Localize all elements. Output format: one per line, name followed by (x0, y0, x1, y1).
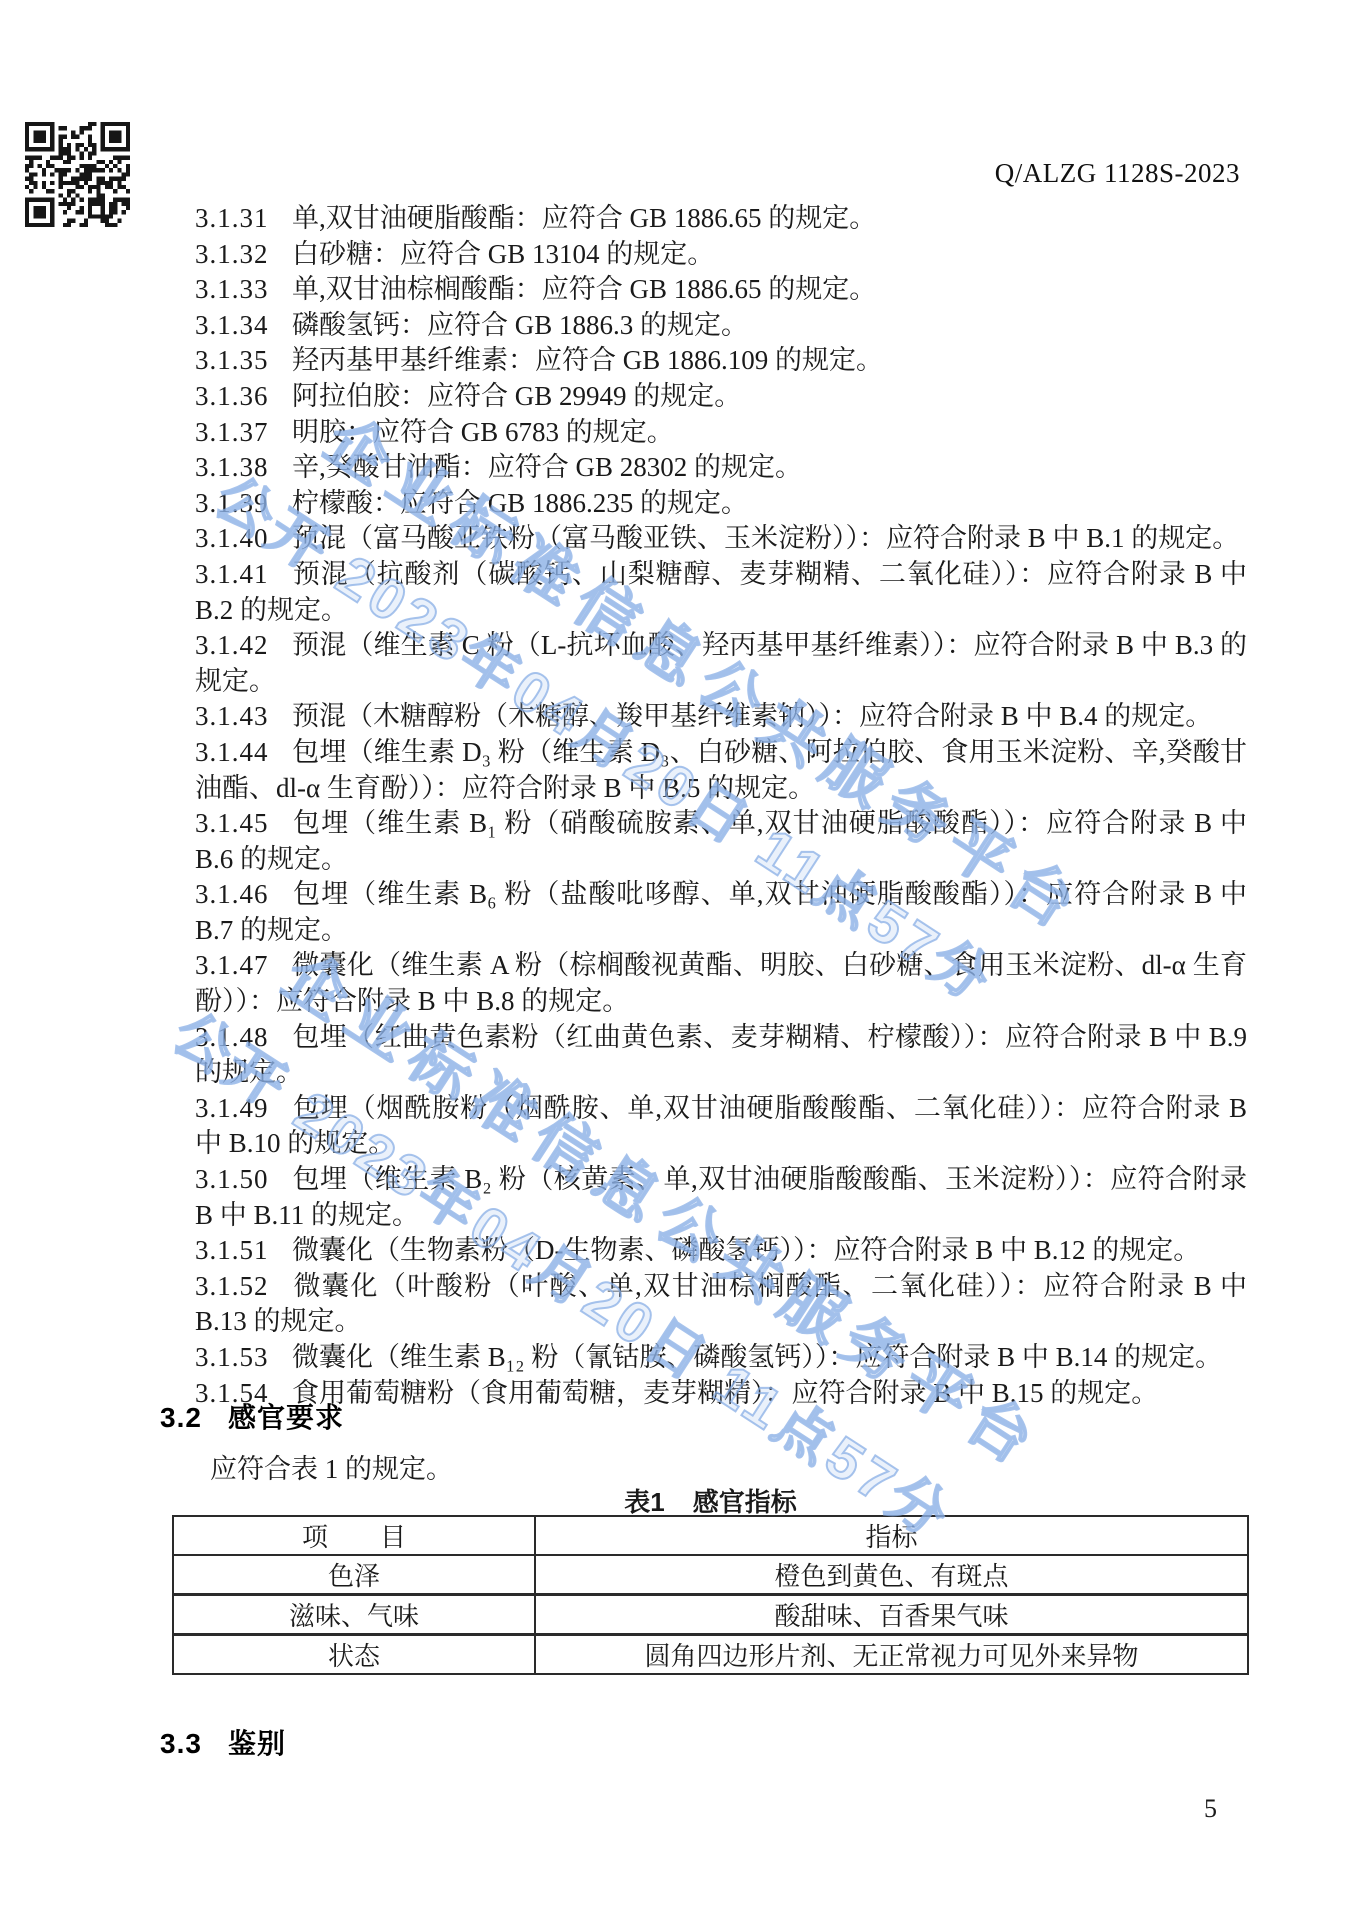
clause-line: 3.1.39柠檬酸：应符合 GB 1886.235 的规定。 (195, 486, 1247, 522)
clause-number: 3.1.43 (195, 699, 292, 735)
table-cell-item: 状态 (173, 1635, 535, 1675)
clause-line: 3.1.40预混（富马酸亚铁粉（富马酸亚铁、玉米淀粉））：应符合附录 B 中 B… (195, 521, 1247, 557)
clause-line: 3.1.49包埋（烟酰胺粉（烟酰胺、单,双甘油硬脂酸酸酯、二氧化硅））：应符合附… (195, 1091, 1247, 1162)
clause-text: 微囊化（维生素 B₁₂ 粉（氰钴胺、磷酸氢钙））：应符合附录 B 中 B.14 … (292, 1342, 1222, 1372)
clause-line: 3.1.35羟丙基甲基纤维素：应符合 GB 1886.109 的规定。 (195, 343, 1247, 379)
clause-number: 3.1.36 (195, 379, 292, 415)
clause-number: 3.1.33 (195, 272, 292, 308)
clause-text: 单,双甘油棕榈酸酯：应符合 GB 1886.65 的规定。 (292, 274, 876, 304)
clause-text: 明胶：应符合 GB 6783 的规定。 (292, 417, 674, 447)
table-header-indicator: 指标 (535, 1516, 1248, 1555)
clause-text: 预混（抗酸剂（碳酸钙、山梨糖醇、麦芽糊精、二氧化硅））：应符合附录 B 中 B.… (195, 559, 1247, 625)
table-cell-indicator: 酸甜味、百香果气味 (535, 1595, 1248, 1635)
clause-line: 3.1.46包埋（维生素 B₆ 粉（盐酸吡哆醇、单,双甘油硬脂酸酸酯））：应符合… (195, 877, 1247, 948)
clause-line: 3.1.52微囊化（叶酸粉（叶酸、单,双甘油棕榈酸酯、二氧化硅））：应符合附录 … (195, 1269, 1247, 1340)
clause-text: 包埋（维生素 D₃ 粉（维生素 D₃、白砂糖、阿拉伯胶、食用玉米淀粉、辛,癸酸甘… (195, 737, 1247, 803)
clause-number: 3.1.46 (195, 877, 292, 913)
clause-number: 3.1.34 (195, 308, 292, 344)
table-caption-label: 表1 (624, 1487, 664, 1517)
clause-number: 3.1.41 (195, 557, 292, 593)
clause-line: 3.1.42预混（维生素 C 粉（L-抗坏血酸、羟丙基甲基纤维素））：应符合附录… (195, 628, 1247, 699)
table-row: 色泽橙色到黄色、有斑点 (173, 1555, 1248, 1595)
clause-line: 3.1.50包埋（维生素 B₂ 粉（核黄素、单,双甘油硬脂酸酸酯、玉米淀粉））：… (195, 1162, 1247, 1233)
clause-number: 3.1.50 (195, 1162, 292, 1198)
clause-text: 辛,癸酸甘油酯：应符合 GB 28302 的规定。 (292, 452, 802, 482)
clause-text: 微囊化（维生素 A 粉（棕榈酸视黄酯、明胶、白砂糖、食用玉米淀粉、dl-α 生育… (195, 950, 1247, 1016)
clause-text: 白砂糖：应符合 GB 13104 的规定。 (292, 239, 714, 269)
clause-number: 3.1.39 (195, 486, 292, 522)
clause-line: 3.1.47微囊化（维生素 A 粉（棕榈酸视黄酯、明胶、白砂糖、食用玉米淀粉、d… (195, 948, 1247, 1019)
clause-line: 3.1.44包埋（维生素 D₃ 粉（维生素 D₃、白砂糖、阿拉伯胶、食用玉米淀粉… (195, 735, 1247, 806)
table-row: 滋味、气味酸甜味、百香果气味 (173, 1595, 1248, 1635)
clause-text: 微囊化（叶酸粉（叶酸、单,双甘油棕榈酸酯、二氧化硅））：应符合附录 B 中 B.… (195, 1271, 1247, 1337)
page-number: 5 (1204, 1794, 1217, 1824)
clause-line: 3.1.31单,双甘油硬脂酸酯：应符合 GB 1886.65 的规定。 (195, 201, 1247, 237)
clause-line: 3.1.38辛,癸酸甘油酯：应符合 GB 28302 的规定。 (195, 450, 1247, 486)
clause-text: 包埋（红曲黄色素粉（红曲黄色素、麦芽糊精、柠檬酸））：应符合附录 B 中 B.9… (195, 1022, 1247, 1088)
section-title: 鉴别 (228, 1728, 286, 1759)
clause-list: 3.1.31单,双甘油硬脂酸酯：应符合 GB 1886.65 的规定。3.1.3… (195, 201, 1247, 1411)
clause-text: 包埋（烟酰胺粉（烟酰胺、单,双甘油硬脂酸酸酯、二氧化硅））：应符合附录 B 中 … (195, 1093, 1247, 1159)
clause-text: 预混（木糖醇粉（木糖醇、羧甲基纤维素钠））：应符合附录 B 中 B.4 的规定。 (292, 701, 1212, 731)
section-3-2-heading: 3.2感官要求 (160, 1396, 344, 1436)
clause-number: 3.1.53 (195, 1340, 292, 1376)
table-header-item: 项 目 (173, 1516, 535, 1555)
clause-line: 3.1.43预混（木糖醇粉（木糖醇、羧甲基纤维素钠））：应符合附录 B 中 B.… (195, 699, 1247, 735)
table-cell-indicator: 圆角四边形片剂、无正常视力可见外来异物 (535, 1635, 1248, 1675)
clause-number: 3.1.32 (195, 237, 292, 273)
clause-number: 3.1.47 (195, 948, 292, 984)
section-number: 3.2 (160, 1402, 202, 1433)
table-caption-title: 感官指标 (693, 1487, 797, 1517)
sensory-indicator-table: 项 目 指标 色泽橙色到黄色、有斑点滋味、气味酸甜味、百香果气味状态圆角四边形片… (172, 1515, 1249, 1675)
table-intro-text: 应符合表 1 的规定。 (210, 1447, 453, 1486)
clause-text: 微囊化（生物素粉（D-生物素、磷酸氢钙））：应符合附录 B 中 B.12 的规定… (292, 1235, 1200, 1265)
clause-number: 3.1.42 (195, 628, 292, 664)
section-number: 3.3 (160, 1728, 202, 1759)
clause-text: 阿拉伯胶：应符合 GB 29949 的规定。 (292, 381, 741, 411)
clause-line: 3.1.41预混（抗酸剂（碳酸钙、山梨糖醇、麦芽糊精、二氧化硅））：应符合附录 … (195, 557, 1247, 628)
clause-text: 包埋（维生素 B₁ 粉（硝酸硫胺素、单,双甘油硬脂酸酸酯））：应符合附录 B 中… (195, 808, 1247, 874)
table-row: 状态圆角四边形片剂、无正常视力可见外来异物 (173, 1635, 1248, 1675)
table-header-row: 项 目 指标 (173, 1516, 1248, 1555)
clause-text: 包埋（维生素 B₆ 粉（盐酸吡哆醇、单,双甘油硬脂酸酸酯））：应符合附录 B 中… (195, 879, 1247, 945)
table-cell-item: 滋味、气味 (173, 1595, 535, 1635)
clause-text: 磷酸氢钙：应符合 GB 1886.3 的规定。 (292, 310, 748, 340)
clause-number: 3.1.52 (195, 1269, 292, 1305)
section-3-3-heading: 3.3鉴别 (160, 1722, 286, 1762)
clause-line: 3.1.36阿拉伯胶：应符合 GB 29949 的规定。 (195, 379, 1247, 415)
clause-number: 3.1.35 (195, 343, 292, 379)
document-page: Q/ALZG 1128S-2023 3.1.31单,双甘油硬脂酸酯：应符合 GB… (0, 0, 1358, 1920)
clause-number: 3.1.38 (195, 450, 292, 486)
clause-line: 3.1.54食用葡萄糖粉（食用葡萄糖，麦芽糊精）：应符合附录 B 中 B.15 … (195, 1376, 1247, 1412)
clause-number: 3.1.45 (195, 806, 292, 842)
clause-number: 3.1.40 (195, 521, 292, 557)
clause-text: 预混（富马酸亚铁粉（富马酸亚铁、玉米淀粉））：应符合附录 B 中 B.1 的规定… (292, 523, 1239, 553)
clause-text: 单,双甘油硬脂酸酯：应符合 GB 1886.65 的规定。 (292, 203, 876, 233)
clause-number: 3.1.31 (195, 201, 292, 237)
clause-line: 3.1.45包埋（维生素 B₁ 粉（硝酸硫胺素、单,双甘油硬脂酸酸酯））：应符合… (195, 806, 1247, 877)
qr-code-icon (25, 122, 130, 227)
clause-number: 3.1.48 (195, 1020, 292, 1056)
clause-number: 3.1.51 (195, 1233, 292, 1269)
clause-text: 包埋（维生素 B₂ 粉（核黄素、单,双甘油硬脂酸酸酯、玉米淀粉））：应符合附录 … (195, 1164, 1247, 1230)
section-title: 感官要求 (228, 1402, 344, 1433)
table-cell-item: 色泽 (173, 1555, 535, 1595)
clause-line: 3.1.53微囊化（维生素 B₁₂ 粉（氰钴胺、磷酸氢钙））：应符合附录 B 中… (195, 1340, 1247, 1376)
doc-code: Q/ALZG 1128S-2023 (995, 158, 1240, 189)
clause-line: 3.1.48包埋（红曲黄色素粉（红曲黄色素、麦芽糊精、柠檬酸））：应符合附录 B… (195, 1020, 1247, 1091)
clause-number: 3.1.37 (195, 415, 292, 451)
clause-line: 3.1.33单,双甘油棕榈酸酯：应符合 GB 1886.65 的规定。 (195, 272, 1247, 308)
clause-line: 3.1.37明胶：应符合 GB 6783 的规定。 (195, 415, 1247, 451)
clause-line: 3.1.32白砂糖：应符合 GB 13104 的规定。 (195, 237, 1247, 273)
clause-text: 柠檬酸：应符合 GB 1886.235 的规定。 (292, 488, 748, 518)
clause-text: 羟丙基甲基纤维素：应符合 GB 1886.109 的规定。 (292, 345, 883, 375)
clause-line: 3.1.34磷酸氢钙：应符合 GB 1886.3 的规定。 (195, 308, 1247, 344)
clause-number: 3.1.49 (195, 1091, 292, 1127)
clause-number: 3.1.44 (195, 735, 292, 771)
table-cell-indicator: 橙色到黄色、有斑点 (535, 1555, 1248, 1595)
clause-text: 预混（维生素 C 粉（L-抗坏血酸、羟丙基甲基纤维素））：应符合附录 B 中 B… (195, 630, 1247, 696)
clause-text: 食用葡萄糖粉（食用葡萄糖，麦芽糊精）：应符合附录 B 中 B.15 的规定。 (292, 1378, 1158, 1408)
table-caption: 表1感官指标 (172, 1482, 1249, 1519)
clause-line: 3.1.51微囊化（生物素粉（D-生物素、磷酸氢钙））：应符合附录 B 中 B.… (195, 1233, 1247, 1269)
